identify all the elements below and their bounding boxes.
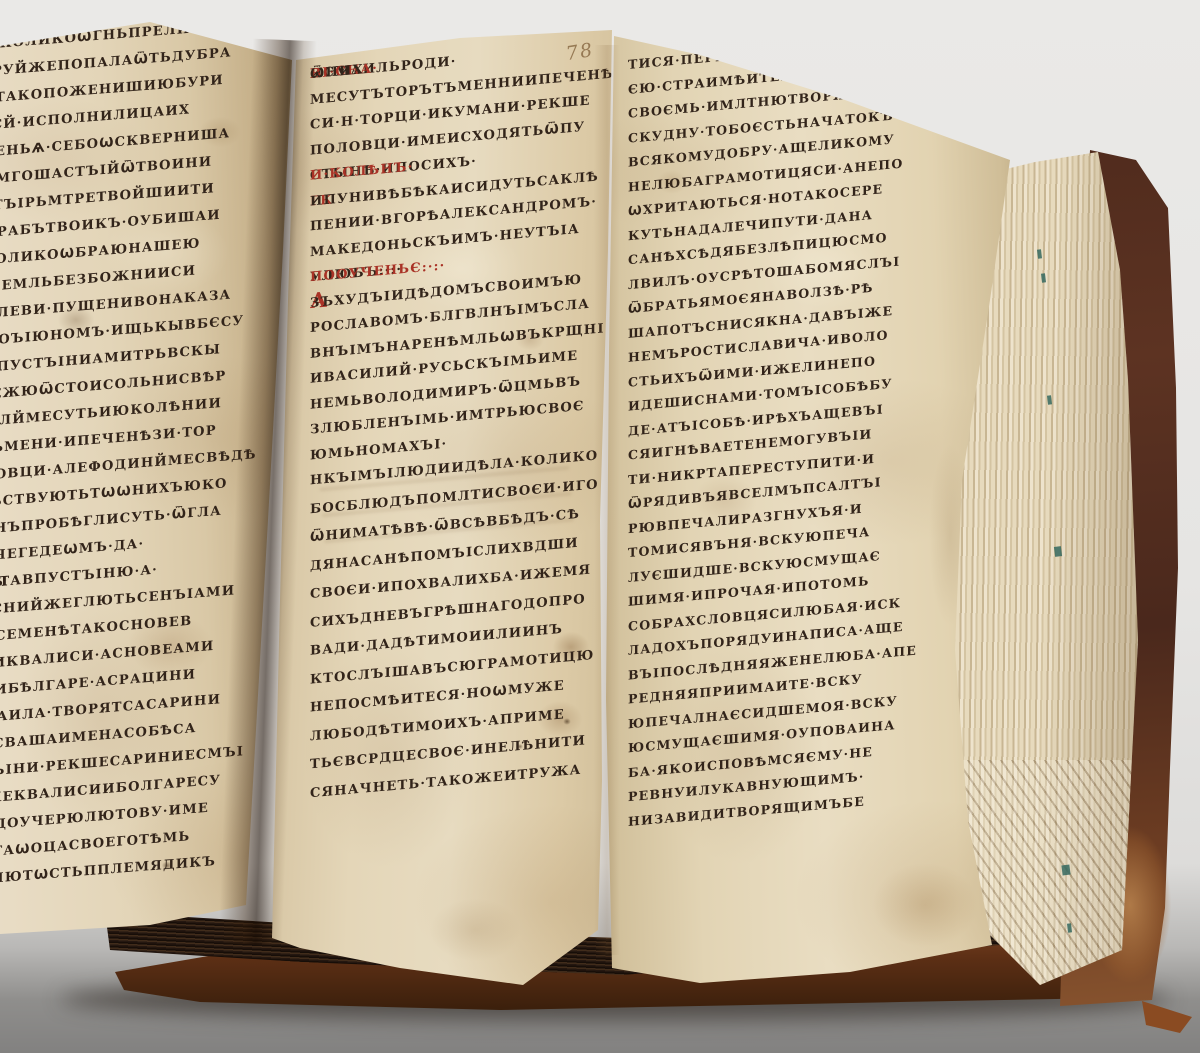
fore-edge-mark bbox=[1054, 546, 1062, 557]
fore-edge-mark bbox=[1047, 395, 1052, 404]
right-page: тися·первоєбадѣляидшасвоєю·страимѣитебжи… bbox=[590, 25, 1020, 995]
page-crease bbox=[594, 45, 620, 955]
photo-scene: юкоколикоѡгньпрелицювѣтруйжепопалаѿтьдуб… bbox=[0, 0, 1200, 1053]
center-page: 78 исмаильроди· ві·сна· ѿнихмесутъторътъ… bbox=[260, 25, 625, 1000]
fore-edge-mark bbox=[1041, 273, 1046, 282]
fore-edge-mark bbox=[1061, 865, 1070, 876]
folio-number: 78 bbox=[564, 39, 595, 65]
stain bbox=[410, 885, 540, 975]
fore-edge-mark bbox=[1037, 249, 1042, 258]
